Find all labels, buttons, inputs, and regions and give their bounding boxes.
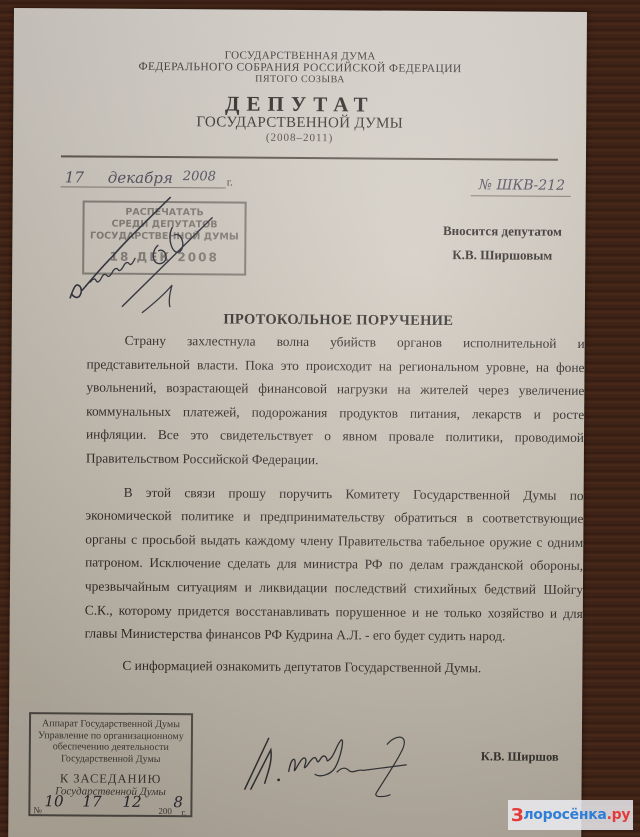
session-stamp-line3: обеспечению деятельности [31,741,191,754]
paragraph-3: С информацией ознакомить депутатов Госуд… [84,653,582,680]
session-num-day: 10 [44,796,63,808]
session-stamp-line1: Аппарат Государственной Думы [31,718,191,731]
watermark-part3: .ру [607,807,631,823]
submitted-by: Вносится депутатом К.В. Ширшовым [427,219,577,268]
session-num-month: 17 [82,796,101,808]
submitted-by-line2: К.В. Ширшовым [427,243,577,268]
site-watermark: З лоросёнка .ру [508,800,633,830]
watermark-part2: лоросёнка [523,807,606,823]
session-stamp-line4: Государственной Думы [31,753,191,766]
registration-number: № ШКВ-212 [479,177,565,194]
signature-icon [236,732,476,804]
session-num-prefix: № [33,805,42,817]
handwritten-resolution-icon [62,186,223,317]
session-year-prefix: 200 [158,806,172,818]
date-year: 2008 [183,169,216,184]
document-body: Страну захлестнула волна убийств органов… [84,329,584,681]
session-stamp-heading: К ЗАСЕДАНИЮ [31,771,191,786]
date-day: 17 [65,168,84,186]
letterhead-divider [61,155,558,160]
watermark-part1: З [511,805,524,826]
session-stamp-number-row: № 10 17 12 200 8 г. [30,798,190,819]
letterhead: ГОСУДАРСТВЕННАЯ ДУМА ФЕДЕРАЛЬНОГО СОБРАН… [13,48,587,146]
paragraph-2: В этой связи прошу поручить Комитету Гос… [85,480,584,649]
reg-number-underline [471,195,571,197]
session-num-day2: 12 [122,797,141,809]
submitted-by-line1: Вносится депутатом [427,219,577,244]
document-sheet: ГОСУДАРСТВЕННАЯ ДУМА ФЕДЕРАЛЬНОГО СОБРАН… [8,8,587,837]
date-month: декабря [108,169,173,187]
session-year-suffix: г. [181,807,186,819]
session-stamp: Аппарат Государственной Думы Управление … [28,712,193,817]
signer-name: К.В. Ширшов [481,749,559,765]
paragraph-1: Страну захлестнула волна убийств органов… [86,329,585,474]
date-suffix: г. [227,176,233,188]
